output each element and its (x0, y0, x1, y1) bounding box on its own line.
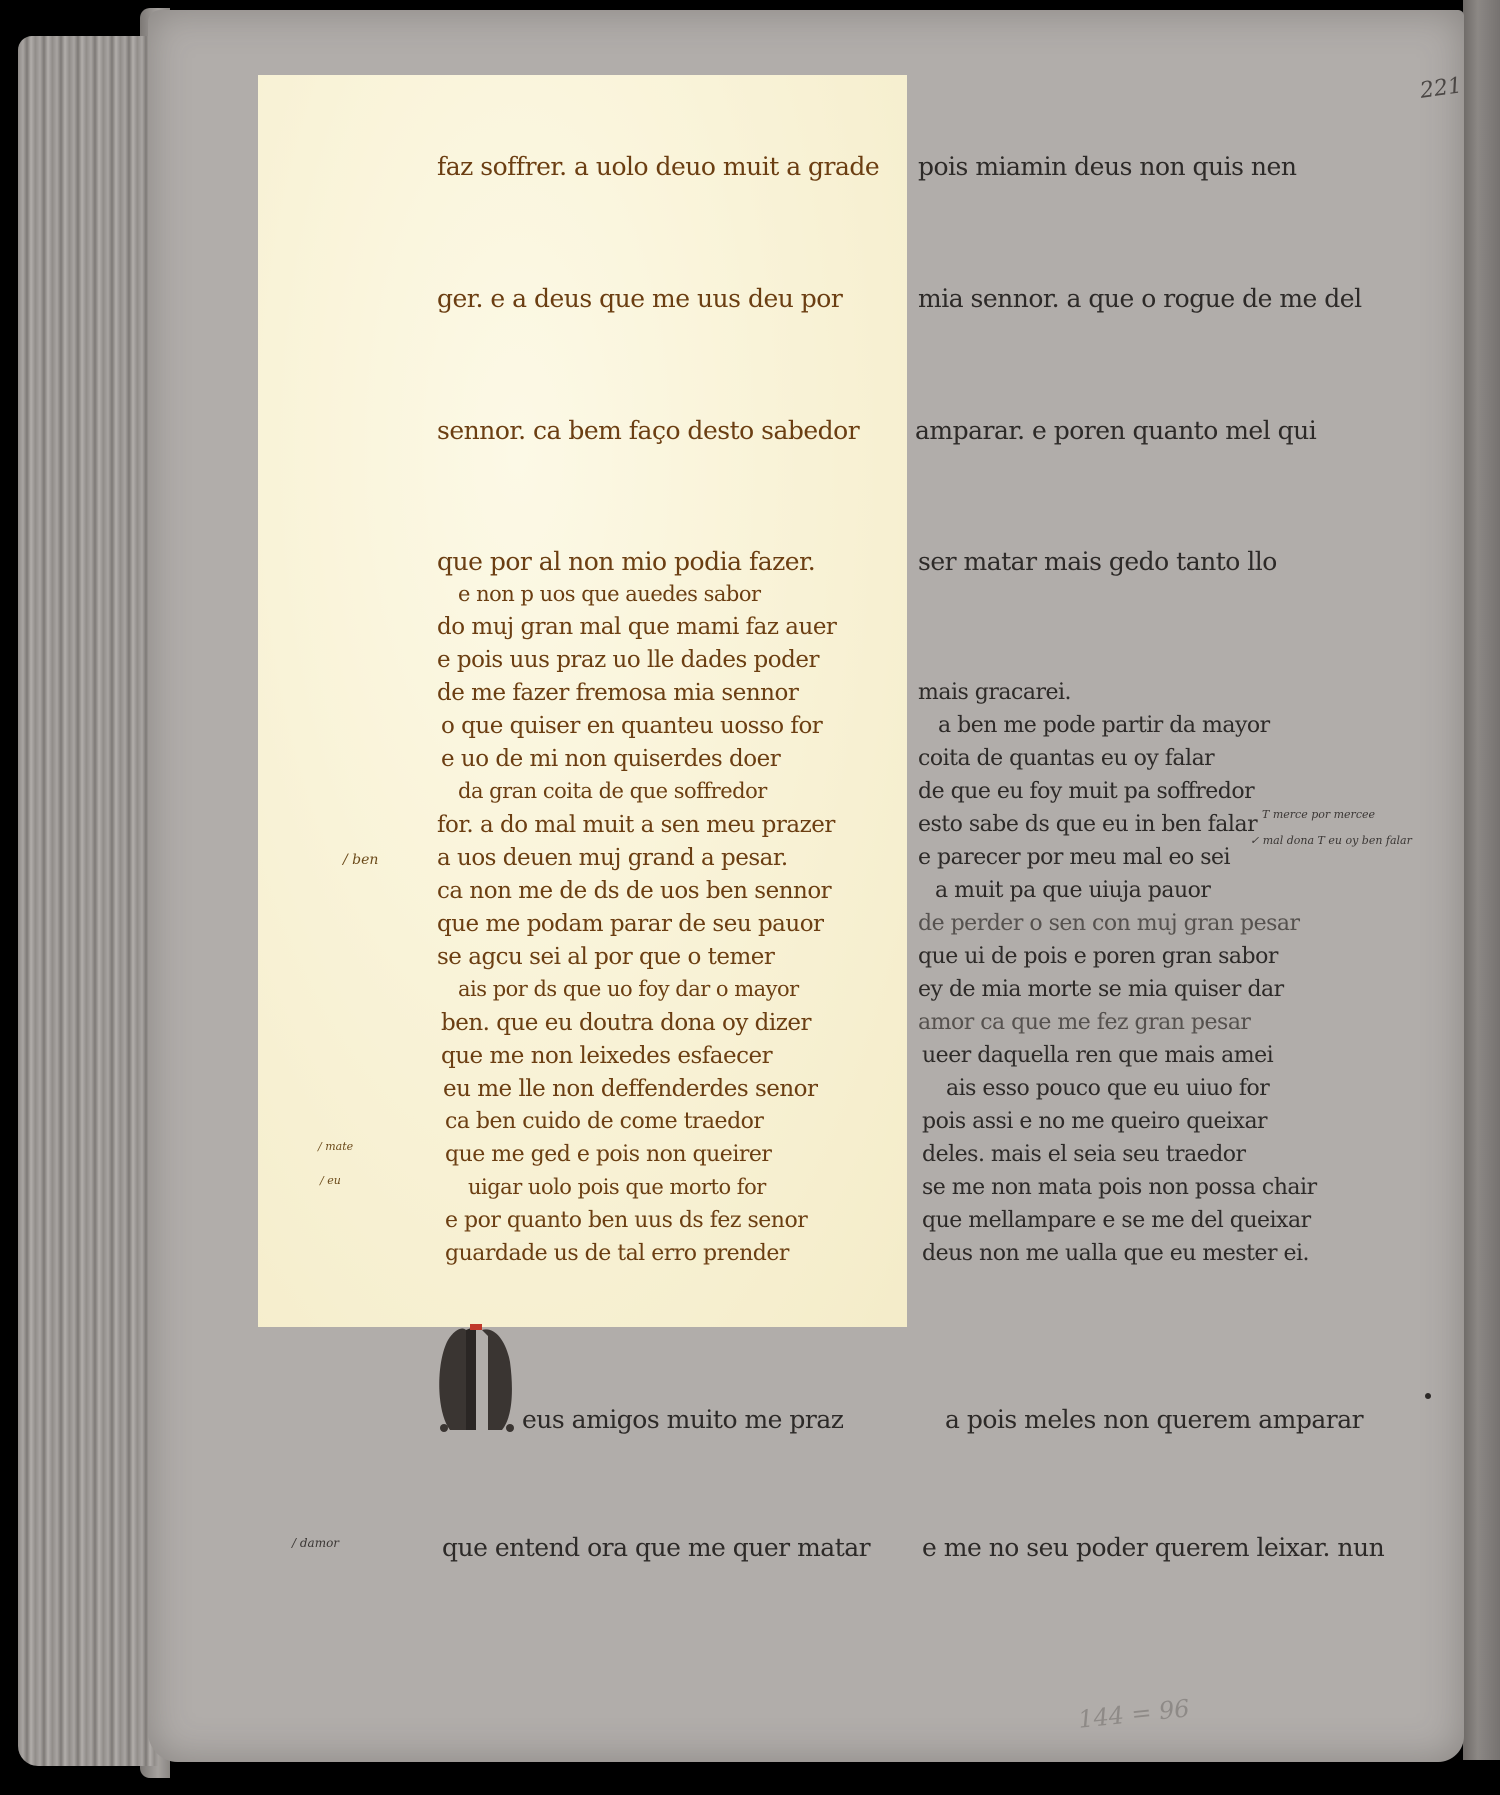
text-line: ais por ds que uo foy dar o mayor (458, 977, 799, 1001)
text-line: o que quiser en quanteu uosso for (441, 713, 822, 739)
marginal-note: / ben (343, 852, 378, 868)
text-line: sennor. ca bem faço desto sabedor (437, 416, 859, 445)
text-line: coita de quantas eu oy falar (918, 746, 1214, 771)
text-line: e por quanto ben uus ds fez senor (445, 1208, 807, 1233)
text-line: a muit pa que uiuja pauor (935, 878, 1210, 903)
book-gutter-edge (1463, 0, 1500, 1760)
text-line: que entend ora que me quer matar (442, 1533, 870, 1562)
text-line: ueer daquella ren que mais amei (922, 1043, 1273, 1068)
text-line: da gran coita de que soffredor (458, 779, 767, 803)
text-line: que mellampare e se me del queixar (922, 1208, 1311, 1233)
text-line: deus non me ualla que eu mester ei. (922, 1241, 1309, 1266)
marginal-note: T merce por mercee (1262, 808, 1375, 821)
text-line: e parecer por meu mal eo sei (918, 845, 1230, 870)
text-line: mais gracarei. (918, 680, 1071, 705)
text-line: ais esso pouco que eu uiuo for (946, 1076, 1269, 1101)
text-line: uigar uolo pois que morto for (468, 1175, 766, 1199)
marginal-note: / damor (292, 1536, 339, 1550)
text-line: for. a do mal muit a sen meu prazer (437, 812, 835, 838)
text-line: eu me lle non deffenderdes senor (443, 1076, 818, 1102)
text-line: de perder o sen con muj gran pesar (918, 911, 1300, 936)
decorated-initial-m-icon (432, 1322, 522, 1434)
text-line: que me podam parar de seu pauor (437, 911, 824, 937)
text-line: do muj gran mal que mami faz auer (437, 614, 836, 640)
text-line: a pois meles non querem amparar (945, 1405, 1363, 1434)
text-line: mia sennor. a que o rogue de me del (918, 284, 1362, 313)
text-line: a uos deuen muj grand a pesar. (437, 845, 788, 871)
text-line: e pois uus praz uo lle dades poder (437, 647, 819, 673)
text-line: ca ben cuido de come traedor (445, 1109, 763, 1134)
text-line: se agcu sei al por que o temer (437, 944, 774, 970)
text-line: ser matar mais gedo tanto llo (918, 547, 1277, 576)
text-line: amparar. e poren quanto mel qui (915, 416, 1316, 445)
text-line: eus amigos muito me praz (522, 1405, 843, 1434)
text-line: amor ca que me fez gran pesar (918, 1010, 1250, 1035)
text-line: ey de mia morte se mia quiser dar (918, 977, 1284, 1002)
text-line: esto sabe ds que eu in ben falar (918, 812, 1257, 837)
text-line: que por al non mio podia fazer. (437, 547, 815, 576)
text-line: e non p uos que auedes sabor (458, 582, 761, 606)
text-line: faz soffrer. a uolo deuo muit a grade (437, 152, 879, 181)
text-line: a ben me pode partir da mayor (938, 713, 1270, 738)
ink-spot (1425, 1393, 1431, 1399)
text-line: de que eu foy muit pa soffredor (918, 779, 1254, 804)
text-line: se me non mata pois non possa chair (922, 1175, 1317, 1200)
text-line: que me ged e pois non queirer (445, 1142, 771, 1167)
book-page-stack (18, 36, 158, 1766)
text-line: que ui de pois e poren gran sabor (918, 944, 1278, 969)
text-line: e uo de mi non quiserdes doer (441, 746, 780, 772)
text-line: ger. e a deus que me uus deu por (437, 284, 842, 313)
text-line: que me non leixedes esfaecer (441, 1043, 772, 1069)
marginal-note: / eu (320, 1174, 341, 1187)
text-line: guardade us de tal erro prender (445, 1241, 789, 1266)
text-line: pois miamin deus non quis nen (918, 152, 1296, 181)
marginal-note: / mate (318, 1140, 353, 1153)
text-line: e me no seu poder querem leixar. nun (922, 1533, 1384, 1562)
text-line: deles. mais el seia seu traedor (922, 1142, 1246, 1167)
text-line: ca non me de ds de uos ben sennor (437, 878, 831, 904)
text-line: de me fazer fremosa mia sennor (437, 680, 798, 706)
text-line: pois assi e no me queiro queixar (922, 1109, 1267, 1134)
text-line: ben. que eu doutra dona oy dizer (441, 1010, 811, 1036)
marginal-note: ✓ mal dona T eu oy ben falar (1250, 834, 1412, 847)
